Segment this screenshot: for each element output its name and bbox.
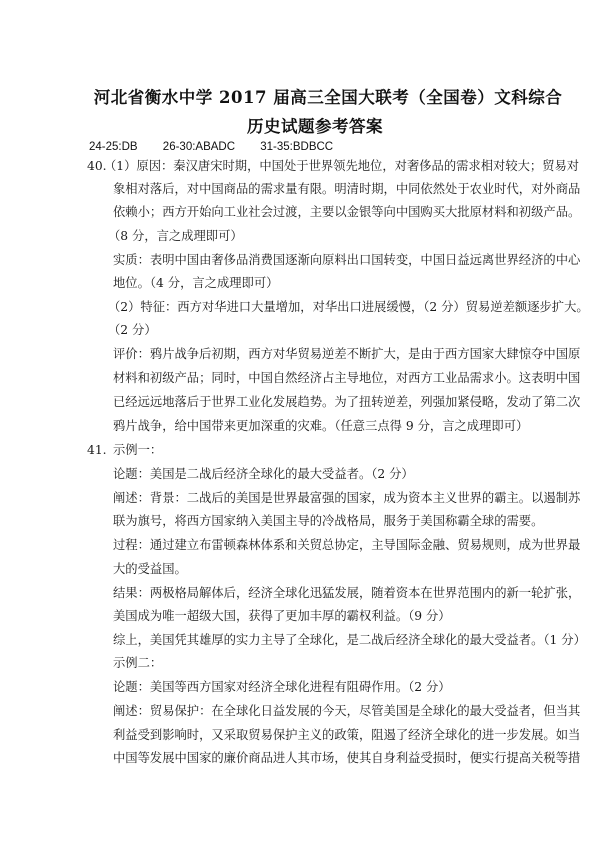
text-line: 象相对落后，对中国商品的需求量有限。明清时期，中同依然处于农业时代，对外商品: [113, 181, 580, 197]
text-line: 联为旗号，将西方国家纳入美国主导的冷战格局，服务于美国称霸全球的需要。: [113, 513, 543, 529]
text-line: 过程：通过建立布雷顿森林体系和关贸总协定，主导国际金融、贸易规则，成为世界最: [113, 537, 580, 553]
multiple-choice-answers: 24-25:DB 26-30:ABADC 31-35:BDBCC: [89, 141, 355, 153]
text-line: 论题：美国等西方国家对经济全球化进程有阻碍作用。（2 分）: [113, 679, 451, 695]
text-line: 结果：两极格局解体后，经济全球化迅猛发展，随着资本在世界范围内的新一轮扩张，: [113, 585, 580, 601]
text-line: 中国等发展中国家的廉价商品进人其市场，使其自身利益受损时，便实行提高关税等措: [113, 750, 580, 766]
text-line: （2 分）: [108, 322, 157, 338]
text-line: 评价：鸦片战争后初期，西方对华贸易逆差不断扩大，是由于西方国家大肆惊夺中国原: [113, 346, 580, 362]
text-line: 依赖小；西方开始向工业社会过渡，主要以金银等向中国购买大批原材料和初级产品。: [113, 204, 580, 220]
text-line: （1）原因：秦汉唐宋时期，中国处于世界领先地位，对奢侈品的需求相对较大；贸易对: [104, 158, 579, 174]
text-line: 鸦片战争，给中国带来更加深重的灾难。（任意三点得 9 分，言之成理即可）: [113, 418, 528, 434]
text-line: 示例二：: [113, 655, 162, 671]
text-line: 地位。（4 分，言之成理即可）: [113, 275, 278, 291]
text-line: 大的受益国。: [113, 561, 187, 577]
answer-group: 24-25:DB: [89, 141, 138, 153]
text-line: 材料和初级产品；同时，中国自然经济占主导地位，对西方工业品需求小。这表明中国: [113, 370, 580, 386]
text-line: （8 分，言之成理即可）: [108, 228, 243, 244]
text-line: 综上，美国凭其雄厚的实力主导了全球化，是二战后经济全球化的最大受益者。（1 分）: [113, 632, 586, 648]
text-line: 实质：表明中国由奢侈品消费国逐渐向原料出口国转变，中国日益远离世界经济的中心: [113, 252, 580, 268]
text-line: （2）特征：西方对华进口大量增加，对华出口进展缓慢，（2 分）贸易逆差额逐步扩大…: [108, 299, 589, 315]
text-line: 利益受到影响时，又采取贸易保护主义的政策，阻遏了经济全球化的进一步发展。如当: [113, 727, 580, 743]
text-line: 论题：美国是二战后经济全球化的最大受益者。（2 分）: [113, 466, 414, 482]
text-line: 示例一：: [113, 442, 162, 458]
text-line: 阐述：背景：二战后的美国是世界最富强的国家，成为资本主义世界的霸主。以遏制苏: [113, 490, 580, 506]
document-title: 河北省衡水中学 2017 届高三全国大联考（全国卷）文科综合: [28, 84, 600, 108]
answer-group: 26-30:ABADC: [163, 141, 235, 153]
text-line: 阐述：贸易保护：在全球化日益发展的今天，尽管美国是全球化的最大受益者，但当其: [113, 703, 580, 719]
text-line: 美国成为唯一超级大国，获得了更加丰厚的霸权利益。（9 分）: [113, 608, 451, 624]
answer-group: 31-35:BDBCC: [260, 141, 333, 153]
question-number-41: 41.: [87, 442, 107, 458]
document-subtitle: 历史试题参考答案: [15, 113, 600, 137]
text-line: 已经远远地落后于世界工业化发展趋势。为了扭转逆差，列强加紧侵略，发动了第二次: [113, 394, 580, 410]
